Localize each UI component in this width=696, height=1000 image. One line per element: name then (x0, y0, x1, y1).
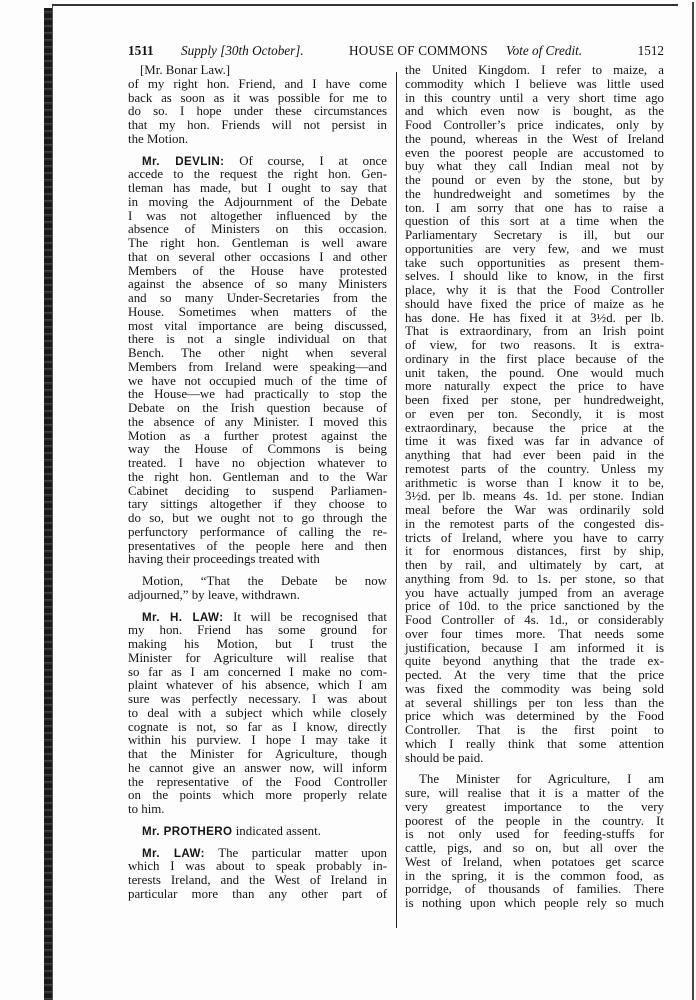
text-line: opportunities are very few, and we must (405, 243, 664, 257)
text-line: adjourned,” by leave, withdrawn. (128, 589, 387, 603)
text-line: and which even now is bought, as the (405, 105, 664, 119)
text-line: very greatest importance to the very (405, 801, 664, 815)
text-line: Debate on the Irish question because of (128, 402, 387, 416)
text-line: to deal with a subject which while close… (128, 707, 387, 721)
text-line: the hundredweight and sometimes by the (405, 188, 664, 202)
text-line: Controller. That is the first point to (405, 724, 664, 738)
right-column: the United Kingdom. I refer to maize, a … (405, 64, 664, 911)
running-header: 1511 Supply [30th October]. HOUSE OF COM… (128, 43, 664, 61)
text-line: you have actually jumped from an average (405, 587, 664, 601)
text-line: House. Sometimes when matters of the (128, 306, 387, 320)
running-title-center: HOUSE OF COMMONS (349, 43, 488, 59)
text-line: pected. At the very time that the price (405, 669, 664, 683)
text-line: ton. I am sorry that one has to raise a (405, 202, 664, 216)
text-line: so far as I am concerned I make no com- (128, 666, 387, 680)
text-line: Mr. LAW: The particular matter upon (128, 847, 387, 861)
text-line: price of 10d. to the price sanctioned by… (405, 600, 664, 614)
text-line: is not only used for feeding-stuffs for (405, 828, 664, 842)
text-line: should be paid. (405, 752, 664, 766)
continuation-label: [Mr. Bonar Law.] (128, 64, 387, 78)
text-line: been fixed per stone, per hundredweight, (405, 394, 664, 408)
paragraph-h-law: Mr. H. LAW: It will be recognised that m… (128, 611, 387, 817)
text-line: is nothing upon which people rely so muc… (405, 897, 664, 911)
paragraph-prothero: Mr. PROTHERO indicated assent. (128, 825, 387, 839)
text-line: to him. (128, 803, 387, 817)
text-line: anything from 9d. to 1s. per stone, so t… (405, 573, 664, 587)
page-left-edge (52, 6, 53, 1000)
text-line: Members of the House have protested (128, 265, 387, 279)
text-line: remotest parts of the country. Unless my (405, 463, 664, 477)
text-line: ordinary in the first place because of t… (405, 353, 664, 367)
text-line: Members from Ireland were speaking—and (128, 361, 387, 375)
text-line: then by rail, and ultimately by cart, at (405, 559, 664, 573)
paragraph-motion-withdrawn: Motion, “That the Debate be now adjourne… (128, 575, 387, 603)
text-line: in moving the Adjournment of the Debate (128, 196, 387, 210)
text-line: Food Controller of 4s. 1d., or considera… (405, 614, 664, 628)
text-line: and so many Under-Secretaries from the (128, 292, 387, 306)
text-line: question of this sort at a time when the (405, 215, 664, 229)
text-line: sure was perfectly necessary. I was abou… (128, 693, 387, 707)
text-line: back as soon as it was possible for me t… (128, 92, 387, 106)
text-line: Food Controller’s price indicates, only … (405, 119, 664, 133)
text-line: Motion, “That the Debate be now (128, 575, 387, 589)
text-line: that the Minister for Agriculture, thoug… (128, 748, 387, 762)
book-binding-edge (44, 8, 52, 1000)
text-line: tricts of Ireland, where you have to car… (405, 532, 664, 546)
text-fragment: Of course, I at once (239, 154, 387, 168)
text-line: Motion as a further protest against the (128, 430, 387, 444)
text-line: which I was about to speak probably in- (128, 860, 387, 874)
text-line: arithmetic is worse than I know it to be… (405, 477, 664, 491)
text-line: The Minister for Agriculture, I am (405, 773, 664, 787)
text-line: That is extraordinary, from an Irish poi… (405, 325, 664, 339)
page-top-edge (52, 4, 678, 6)
text-line: accede to the request the right hon. Gen… (128, 168, 387, 182)
text-line: we have not occupied much of the time of (128, 375, 387, 389)
text-line: within his purview. I hope I may take it (128, 734, 387, 748)
text-line: price which was determined by the Food (405, 710, 664, 724)
text-line: the pound or even by the stone, but by (405, 174, 664, 188)
paragraph-minister-agriculture: The Minister for Agriculture, I am sure,… (405, 773, 664, 911)
text-line: way the House of Commons is being (128, 443, 387, 457)
text-line: there is not a single individual on that (128, 333, 387, 347)
text-line: was fixed the commodity was being sold (405, 683, 664, 697)
text-line: absence of Ministers on this occasion. (128, 223, 387, 237)
text-line: selves. I should like to know, in the fi… (405, 270, 664, 284)
page-right-edge (692, 2, 694, 1000)
text-line: in this country until a very short time … (405, 92, 664, 106)
text-line: the absence of any Minister. I moved thi… (128, 416, 387, 430)
text-line: over four times more. That needs some (405, 628, 664, 642)
text-line: poorest of the people in the country. It (405, 815, 664, 829)
text-line: that on several other occasions I and ot… (128, 251, 387, 265)
paragraph-law: Mr. LAW: The particular matter upon whic… (128, 847, 387, 902)
text-line: particular more than any other part of (128, 888, 387, 902)
text-line: terests Ireland, and the West of Ireland… (128, 874, 387, 888)
text-line: Mr. PROTHERO indicated assent. (128, 825, 387, 839)
text-line: porridge, of thousands of families. Ther… (405, 883, 664, 897)
running-title-right: Vote of Credit. (506, 43, 582, 59)
paragraph-devlin: Mr. DEVLIN: Of course, I at once accede … (128, 155, 387, 568)
speaker-name: Mr. LAW: (142, 847, 205, 860)
left-column: [Mr. Bonar Law.] of my right hon. Friend… (128, 64, 387, 902)
text-line: West of Ireland, when potatoes get scarc… (405, 856, 664, 870)
text-line: place, why it is that the Food Controlle… (405, 284, 664, 298)
text-line: Minister for Agriculture will realise th… (128, 652, 387, 666)
speaker-name: Mr. DEVLIN: (142, 155, 224, 168)
text-line: tary sittings altogether if they choose … (128, 498, 387, 512)
text-line: Mr. DEVLIN: Of course, I at once (128, 155, 387, 169)
text-line: take such opportunities as present them- (405, 257, 664, 271)
text-line: at several shillings per ton less than t… (405, 697, 664, 711)
text-line: do so. I hope under these circumstances (128, 105, 387, 119)
text-fragment: It will be recognised that (233, 610, 387, 624)
text-line: making his Motion, but I trust the (128, 638, 387, 652)
text-line: Bench. The other night when several (128, 347, 387, 361)
paragraph-maize: the United Kingdom. I refer to maize, a … (405, 64, 664, 765)
text-line: of view, for two reasons. It is extra- (405, 339, 664, 353)
text-line: plaint whatever of his absence, which I … (128, 679, 387, 693)
text-line: in the remotest parts of the congested d… (405, 518, 664, 532)
text-fragment: The particular matter upon (218, 846, 387, 860)
text-line: the pound, whereas in the West of Irelan… (405, 133, 664, 147)
text-line: cattle, pigs, and so on, but all over th… (405, 842, 664, 856)
text-line: time it was fixed was far in advance of (405, 435, 664, 449)
text-line: it for enormous distances, first by ship… (405, 545, 664, 559)
text-line: Mr. H. LAW: It will be recognised that (128, 611, 387, 625)
column-number-left: 1511 (128, 43, 154, 59)
text-line: should have fixed the price of maize as … (405, 298, 664, 312)
text-line: meal before the War was ordinarily sold (405, 504, 664, 518)
text-line: buy what they call Indian meal not by (405, 160, 664, 174)
text-line: unit taken, the pound. One would much (405, 367, 664, 381)
speaker-name: Mr. H. LAW: (142, 611, 223, 624)
text-line: that my hon. Friends will not persist in (128, 119, 387, 133)
running-title-left: Supply [30th October]. (181, 43, 304, 59)
paragraph-bonar-law: of my right hon. Friend, and I have come… (128, 78, 387, 147)
text-line: has done. He has fixed it at 3½d. per lb… (405, 312, 664, 326)
text-line: anything that had ever been paid in the (405, 449, 664, 463)
text-line: extraordinary, because the price at the (405, 422, 664, 436)
text-line: tleman has made, but I ought to say that (128, 182, 387, 196)
text-line: 3½d. per lb. means 4s. 1d. per stone. In… (405, 490, 664, 504)
text-line: the representative of the Food Controlle… (128, 776, 387, 790)
text-line: most vital importance are being discusse… (128, 320, 387, 334)
column-divider (396, 72, 397, 928)
text-line: having their proceedings treated with (128, 553, 387, 567)
text-line: more naturally expect the price to have (405, 380, 664, 394)
text-line: The right hon. Gentleman is well aware (128, 237, 387, 251)
text-line: treated. I have no objection whatever to (128, 457, 387, 471)
text-line: which I really think that some attention (405, 738, 664, 752)
text-line: justification, because I am informed it … (405, 642, 664, 656)
text-line: my hon. Friend has some ground for (128, 624, 387, 638)
text-line: or even per ton. Secondly, it is most (405, 408, 664, 422)
text-line: the right hon. Gentleman and to the War (128, 471, 387, 485)
text-line: Parliamentary Secretary is ill, but our (405, 229, 664, 243)
text-line: in the spring, it is the common food, as (405, 870, 664, 884)
text-line: of my right hon. Friend, and I have come (128, 78, 387, 92)
text-line: the House—we had practically to stop the (128, 388, 387, 402)
text-line: cognate is not, so far as I know, direct… (128, 721, 387, 735)
text-line: even the poorest people are accustomed t… (405, 147, 664, 161)
text-line: he cannot give an answer now, will infor… (128, 762, 387, 776)
text-line: against the absence of so many Ministers (128, 278, 387, 292)
text-line: do so, but we ought not to go through th… (128, 512, 387, 526)
speaker-name: Mr. PROTHERO (142, 825, 232, 838)
column-number-right: 1512 (638, 43, 664, 59)
text-line: perfunctory performance of calling the r… (128, 526, 387, 540)
text-line: the United Kingdom. I refer to maize, a (405, 64, 664, 78)
text-line: quite beyond anything that the trade ex- (405, 655, 664, 669)
text-line: on the points which more properly relate (128, 789, 387, 803)
text-line: sure, will realise that it is a matter o… (405, 787, 664, 801)
text-line: commodity which I believe was little use… (405, 78, 664, 92)
text-line: I was not altogether influenced by the (128, 210, 387, 224)
text-fragment: indicated assent. (236, 824, 321, 838)
text-line: Cabinet deciding to suspend Parliamen- (128, 485, 387, 499)
scanned-page: 1511 Supply [30th October]. HOUSE OF COM… (0, 0, 696, 1000)
text-line: presentatives of the people here and the… (128, 540, 387, 554)
text-line: the Motion. (128, 133, 387, 147)
